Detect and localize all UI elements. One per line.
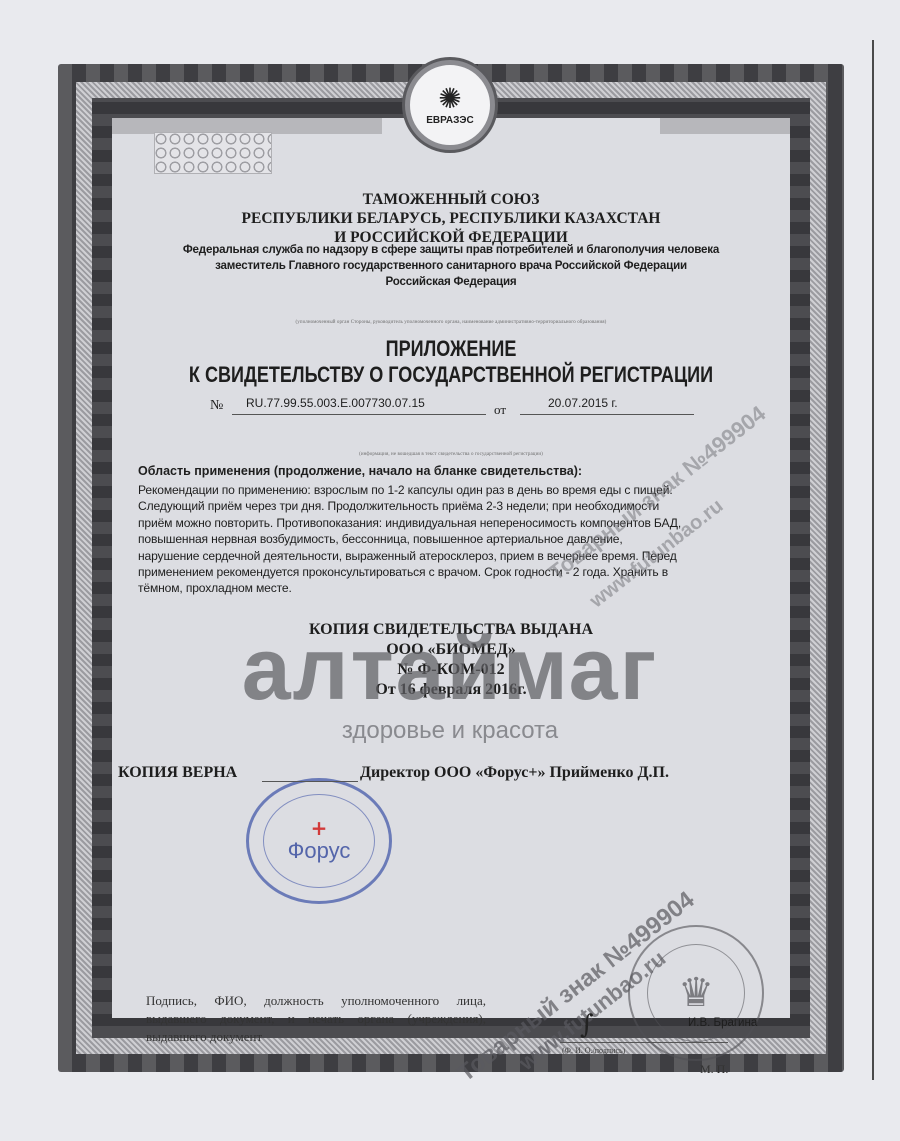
date-label: от [494,402,506,418]
seal-place-label: М. П. [700,1062,728,1077]
registration-number: RU.77.99.55.003.E.007730.07.15 [246,396,425,410]
header-authority-line: Федеральная служба по надзору в сфере за… [112,242,790,258]
copy-true-signature-line [262,781,358,782]
header-authority: Федеральная служба по надзору в сфере за… [112,242,790,290]
scope-line: Следующий приём через три дня. Продолжит… [138,498,778,514]
number-underline [232,414,486,415]
number-label: № [210,398,223,414]
tagline-watermark: здоровье и красота [260,717,640,745]
director-signature-text: Директор ООО «Форус+» Прийменко Д.П. [360,764,669,782]
forus-stamp: + Форус [246,778,392,904]
signer-name: И.В. Брагина [688,1017,757,1029]
logo-text: ЕВРАЗЭС [426,115,474,126]
title-line-2: К СВИДЕТЕЛЬСТВУ О ГОСУДАРСТВЕННОЙ РЕГИСТ… [173,362,729,388]
signature-scribble: ∫ [580,1010,594,1040]
eurasec-emblem-icon: ✺ [438,85,461,113]
page-title: ПРИЛОЖЕНИЕ К СВИДЕТЕЛЬСТВУ О ГОСУДАРСТВЕ… [173,336,729,388]
red-cross-icon: + [311,818,328,838]
title-line-1: ПРИЛОЖЕНИЕ [173,336,729,362]
header-line: РЕСПУБЛИКИ БЕЛАРУСЬ, РЕСПУБЛИКИ КАЗАХСТА… [112,209,790,228]
forus-stamp-inner: + Форус [263,794,375,888]
scope-line: применением рекомендуется проконсультиро… [138,564,778,580]
header-union: ТАМОЖЕННЫЙ СОЮЗ РЕСПУБЛИКИ БЕЛАРУСЬ, РЕС… [112,190,790,247]
authority-caption: (уполномоченный орган Стороны, руководит… [112,320,790,325]
fio-caption: (Ф. И. О./подпись) [562,1046,625,1055]
header-line: ТАМОЖЕННЫЙ СОЮЗ [112,190,790,209]
eurasec-logo: ✺ ЕВРАЗЭС [395,60,505,150]
header-authority-line: Российская Федерация [112,274,790,290]
date-underline [520,414,694,415]
scope-line: тёмном, прохладном месте. [138,580,778,596]
signature-note: Подпись, ФИО, должность уполномоченного … [146,992,486,1046]
logo-circle: ✺ ЕВРАЗЭС [405,60,495,150]
security-pattern [154,132,272,174]
signature-line [560,1042,728,1043]
scope-heading: Область применения (продолжение, начало … [138,464,582,478]
top-right-band [660,118,790,134]
scan-edge-line [872,40,874,1080]
brand-watermark: алтаймаг [220,624,680,714]
copy-true-label: КОПИЯ ВЕРНА [118,764,237,782]
forus-stamp-name: Форус [288,838,351,864]
header-authority-line: заместитель Главного государственного са… [112,258,790,274]
official-seal: ♛ [628,925,764,1061]
scope-line: нарушение сердечной деятельности, выраже… [138,548,778,564]
registration-date: 20.07.2015 г. [548,396,618,410]
